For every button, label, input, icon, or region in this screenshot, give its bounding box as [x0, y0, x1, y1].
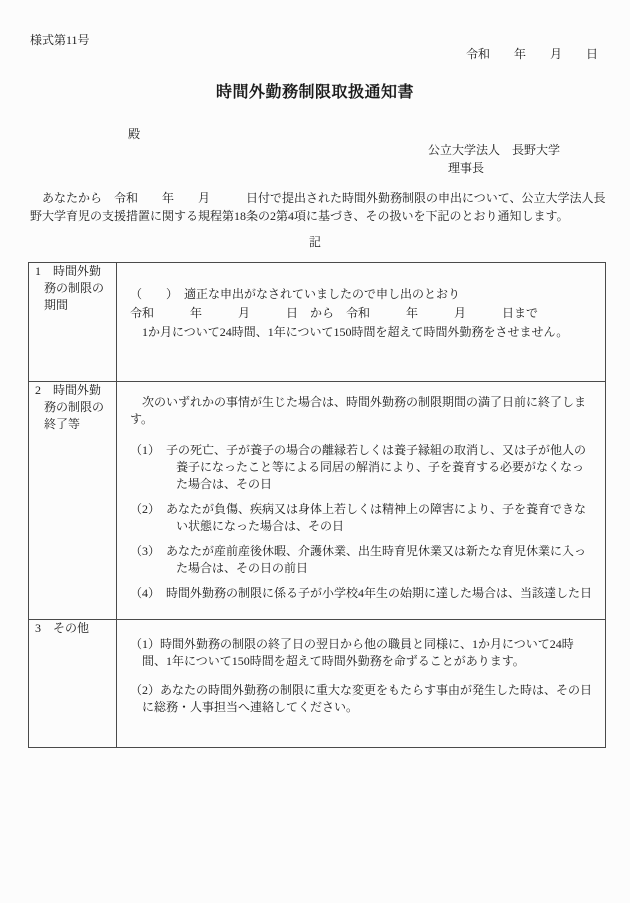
row-content-cell-other: （1）時間外勤務の制限の終了日の翌日から他の職員と同様に、1か月について24時間… [117, 620, 606, 748]
row-label-cell-termination: 2 時間外勤 務の制限の 終了等 [29, 382, 117, 620]
period-approval-line: （ ） 適正な申出がなされていましたので申し出のとおり [130, 285, 592, 304]
date-line: 令和 年 月 日 [466, 46, 598, 63]
table-row-period: 1 時間外勤 務の制限の 期間 （ ） 適正な申出がなされていましたので申し出の… [29, 263, 606, 382]
row-label-cell-period: 1 時間外勤 務の制限の 期間 [29, 263, 117, 382]
list-item: （1）時間外勤務の制限の終了日の翌日から他の職員と同様に、1か月について24時間… [130, 636, 592, 670]
issuer-title: 理事長 [448, 160, 484, 177]
list-item: （2） あなたが負傷、疾病又は身体上若しくは精神上の障害により、子を養育できない… [130, 501, 592, 535]
row-label-termination: 2 時間外勤 務の制限の 終了等 [35, 382, 115, 433]
row-content-cell-termination: 次のいずれかの事情が生じた場合は、時間外勤務の制限期間の満了日前に終了します。 … [117, 382, 606, 620]
table-row-termination: 2 時間外勤 務の制限の 終了等 次のいずれかの事情が生じた場合は、時間外勤務の… [29, 382, 606, 620]
list-item: （2）あなたの時間外勤務の制限に重大な変更をもたらす事由が発生した時は、その日に… [130, 682, 592, 716]
table-row-other: 3 その他 （1）時間外勤務の制限の終了日の翌日から他の職員と同様に、1か月につ… [29, 620, 606, 748]
row-label-other: 3 その他 [35, 620, 115, 637]
issuer-organization: 公立大学法人 長野大学 [428, 142, 560, 159]
body-paragraph: あなたから 令和 年 月 日付で提出された時間外勤務制限の申出について、公立大学… [30, 189, 606, 225]
period-date-range-line: 令和 年 月 日 から 令和 年 月 日まで [130, 304, 592, 323]
notice-table: 1 時間外勤 務の制限の 期間 （ ） 適正な申出がなされていましたので申し出の… [28, 262, 606, 748]
list-item: （1） 子の死亡、子が養子の場合の離縁若しくは養子縁組の取消し、又は子が他人の養… [130, 442, 592, 493]
section-marker-ki: 記 [0, 234, 630, 251]
row-label-cell-other: 3 その他 [29, 620, 117, 748]
document-title: 時間外勤務制限取扱通知書 [0, 84, 630, 101]
list-item: （4） 時間外勤務の制限に係る子が小学校4年生の始期に達した場合は、当該達した日 [130, 585, 592, 602]
period-limit-line: 1か月について24時間、1年について150時間を超えて時間外勤務をさせません。 [130, 323, 592, 342]
list-item: （3） あなたが産前産後休暇、介護休業、出生時育児休業又は新たな育児休業に入った… [130, 543, 592, 577]
row-content-cell-period: （ ） 適正な申出がなされていましたので申し出のとおり 令和 年 月 日 から … [117, 263, 606, 382]
document-page: 様式第11号 令和 年 月 日 時間外勤務制限取扱通知書 殿 公立大学法人 長野… [0, 0, 630, 903]
termination-intro: 次のいずれかの事情が生じた場合は、時間外勤務の制限期間の満了日前に終了します。 [130, 394, 592, 428]
addressee-honorific: 殿 [128, 126, 140, 143]
row-label-period: 1 時間外勤 務の制限の 期間 [35, 263, 115, 314]
form-number: 様式第11号 [30, 32, 90, 49]
